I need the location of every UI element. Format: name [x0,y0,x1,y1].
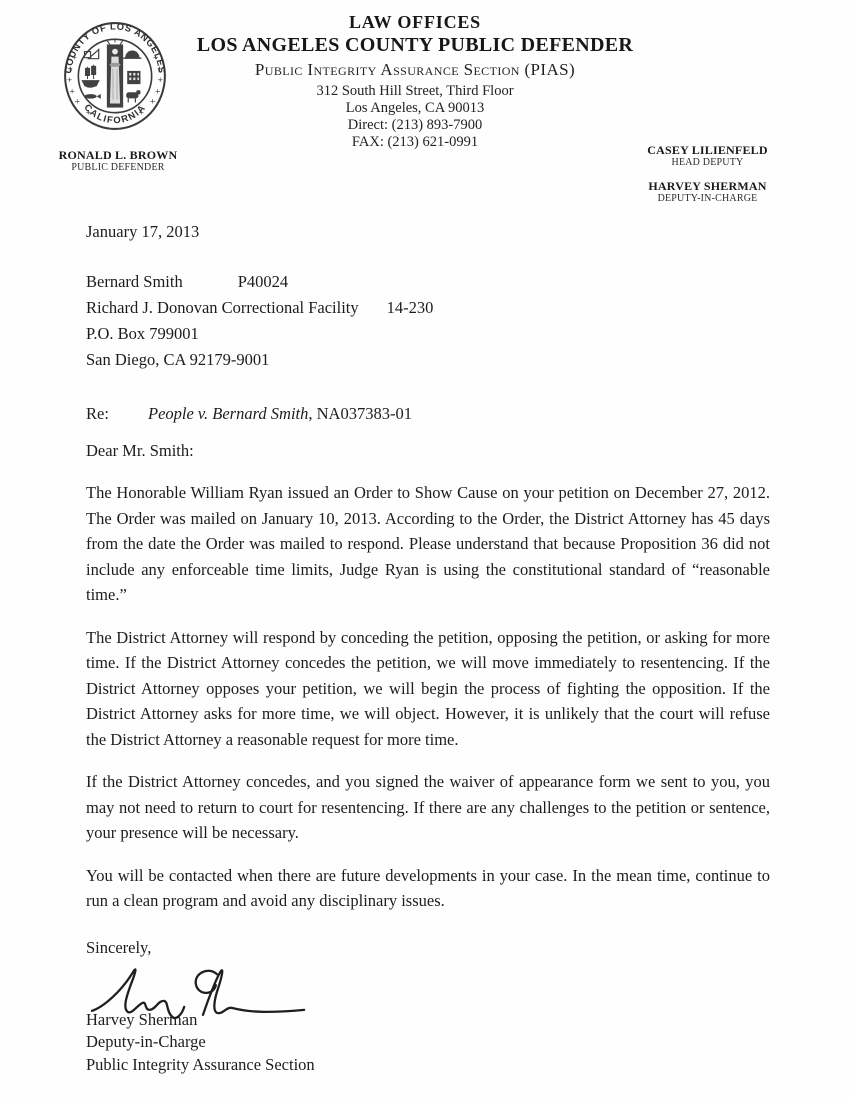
letter-date: January 17, 2013 [86,219,770,245]
official-title: DEPUTY-IN-CHARGE [610,193,805,205]
office-city: Los Angeles, CA 90013 [85,100,745,117]
official-name: RONALD L. BROWN [38,149,198,162]
svg-text:+: + [69,86,75,95]
body-paragraph-2: The District Attorney will respond by co… [86,625,770,753]
official-title: PUBLIC DEFENDER [38,162,198,174]
letterhead-center: LAW OFFICES LOS ANGELES COUNTY PUBLIC DE… [85,12,745,151]
recipient-facility: Richard J. Donovan Correctional Facility [86,298,359,317]
signer-section: Public Integrity Assurance Section [86,1054,770,1077]
re-label: Re: [86,401,148,427]
re-case-number: , NA037383-01 [308,404,412,423]
svg-text:+: + [71,53,77,62]
recipient-city-state-zip: San Diego, CA 92179-9001 [86,347,770,373]
svg-text:+: + [67,64,73,73]
organization-name: LOS ANGELES COUNTY PUBLIC DEFENDER [85,34,745,57]
re-case-name: People v. Bernard Smith [148,404,308,423]
official-name: HARVEY SHERMAN [610,180,805,193]
recipient-po-box: P.O. Box 799001 [86,321,770,347]
svg-text:+: + [74,96,80,105]
signer-title: Deputy-in-Charge [86,1031,770,1054]
body-paragraph-1: The Honorable William Ryan issued an Ord… [86,480,770,608]
law-offices-heading: LAW OFFICES [85,12,745,33]
recipient-name: Bernard Smith [86,272,183,291]
closing-word: Sincerely, [86,935,770,961]
recipient-unit-number: 14-230 [387,298,434,317]
official-name: CASEY LILIENFELD [610,144,805,157]
section-name: Public Integrity Assurance Section (PIAS… [85,60,745,80]
signer-name: Harvey Sherman [86,1009,770,1032]
office-street: 312 South Hill Street, Third Floor [85,83,745,100]
officials-right-block: CASEY LILIENFELD HEAD DEPUTY HARVEY SHER… [610,144,805,205]
signature-block: Harvey Sherman Deputy-in-Charge Public I… [86,1009,770,1077]
recipient-inmate-id: P40024 [238,272,288,291]
official-public-defender: RONALD L. BROWN PUBLIC DEFENDER [38,149,198,174]
letter-body: January 17, 2013 Bernard SmithP40024 Ric… [0,219,850,1076]
recipient-line-2: Richard J. Donovan Correctional Facility… [86,295,770,321]
body-paragraph-3: If the District Attorney concedes, and y… [86,769,770,846]
svg-text:+: + [67,75,73,84]
official-title: HEAD DEPUTY [610,157,805,169]
letter-page: COUNTY OF LOS ANGELES CALIFORNIA +++ ++ … [0,0,850,1100]
recipient-address-block: Bernard SmithP40024 Richard J. Donovan C… [86,269,770,373]
body-paragraph-4: You will be contacted when there are fut… [86,863,770,914]
official-deputy-in-charge: HARVEY SHERMAN DEPUTY-IN-CHARGE [610,180,805,205]
office-address-block: 312 South Hill Street, Third Floor Los A… [85,83,745,151]
salutation: Dear Mr. Smith: [86,438,770,464]
office-phone-direct: Direct: (213) 893-7900 [85,117,745,134]
letterhead: COUNTY OF LOS ANGELES CALIFORNIA +++ ++ … [0,0,850,205]
recipient-line-1: Bernard SmithP40024 [86,269,770,295]
official-head-deputy: CASEY LILIENFELD HEAD DEPUTY [610,144,805,169]
re-line: Re:People v. Bernard Smith, NA037383-01 [86,401,770,427]
